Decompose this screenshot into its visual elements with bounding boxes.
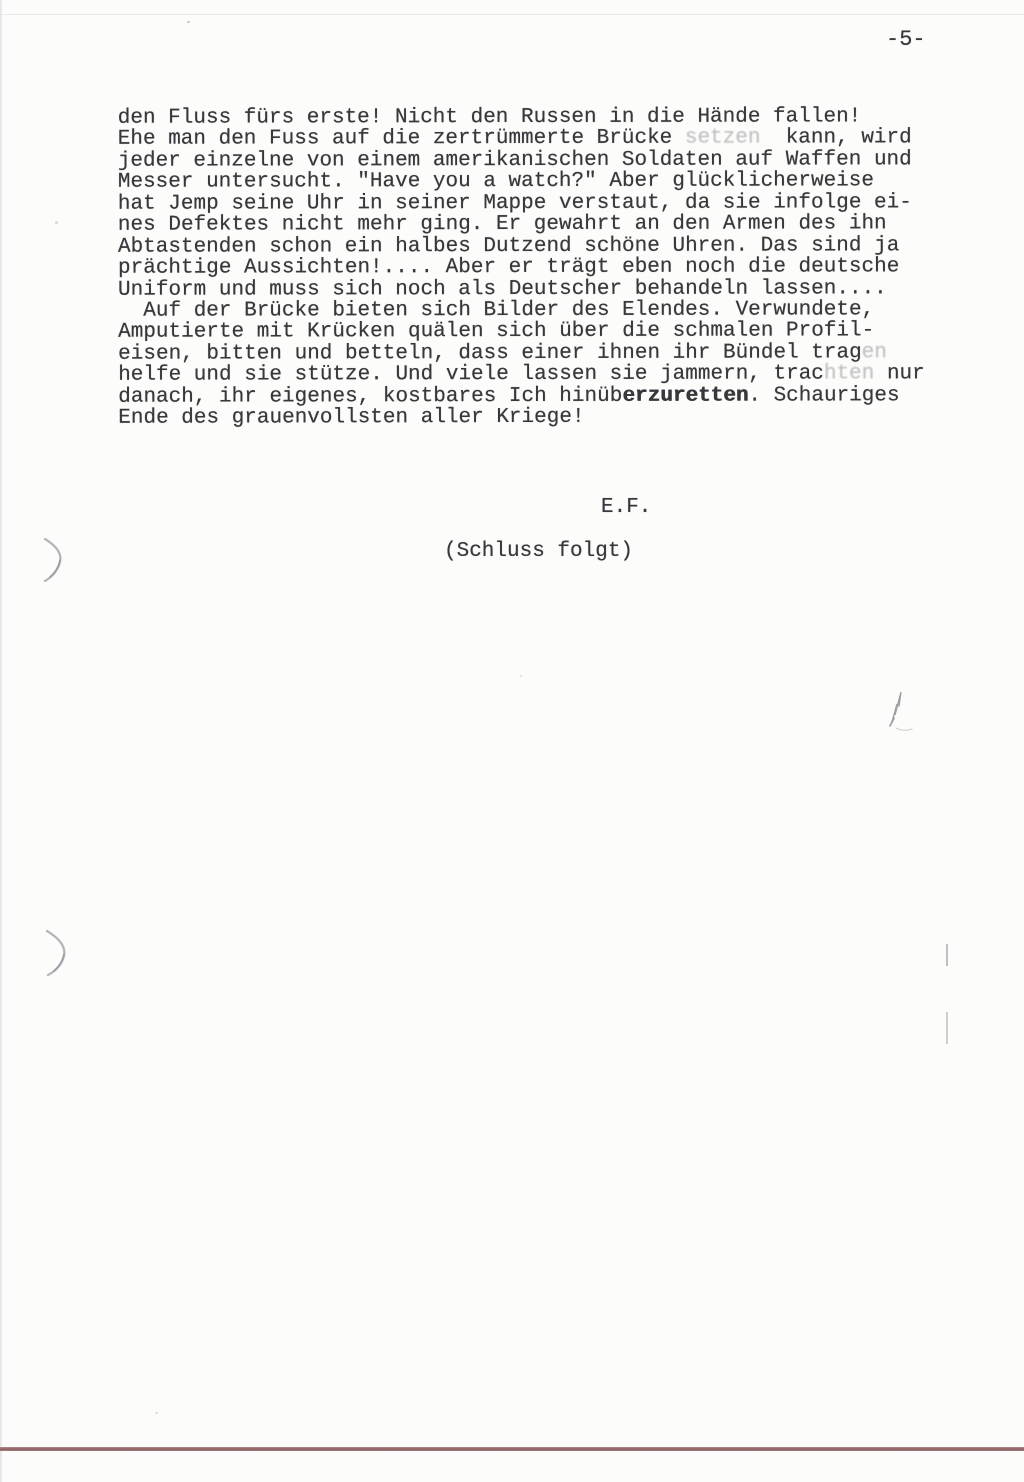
text-line: jeder einzelne von einem amerikanischen … <box>118 148 925 171</box>
text-line: hat Jemp seine Uhr in seiner Mappe verst… <box>118 191 925 214</box>
closing-note: (Schluss folgt) <box>444 540 633 563</box>
pencil-scribble-mark <box>882 682 922 738</box>
scan-speck <box>187 21 190 23</box>
body-text: den Fluss fürs erste! Nicht den Russen i… <box>118 105 925 428</box>
text-line: Ehe man den Fuss auf die zertrümmerte Br… <box>118 127 925 150</box>
text-line: Auf der Brücke bieten sich Bilder des El… <box>118 298 925 321</box>
text-line: nes Defektes nicht mehr ging. Er gewahrt… <box>118 212 925 235</box>
handwritten-paren-mark <box>44 928 70 978</box>
scan-edge-top-line <box>0 14 1024 15</box>
text-line: prächtige Aussichten!.... Aber er trägt … <box>118 255 925 278</box>
scan-speck <box>55 221 58 224</box>
bottom-margin-rule <box>0 1447 1024 1451</box>
author-initials: E.F. <box>601 496 651 519</box>
text-line: Messer untersucht. "Have you a watch?" A… <box>118 170 925 193</box>
margin-tick-mark <box>946 944 948 966</box>
scan-speck <box>520 675 522 677</box>
page-number: -5- <box>886 27 926 52</box>
text-line: eisen, bitten und betteln, dass einer ih… <box>118 341 925 364</box>
scan-edge-left-line <box>0 0 2 1482</box>
margin-tick-mark <box>946 1012 948 1044</box>
scan-speck <box>155 1412 158 1414</box>
text-line: danach, ihr eigenes, kostbares Ich hinüb… <box>118 384 925 407</box>
text-line: helfe und sie stütze. Und viele lassen s… <box>118 363 925 386</box>
scanned-document-page: -5- den Fluss fürs erste! Nicht den Russ… <box>0 0 1024 1482</box>
text-line: den Fluss fürs erste! Nicht den Russen i… <box>118 105 925 128</box>
text-line: Ende des grauenvollsten aller Kriege! <box>118 405 925 428</box>
text-line: Amputierte mit Krücken quälen sich über … <box>118 320 925 343</box>
handwritten-paren-mark <box>42 536 66 584</box>
text-line: Uniform und muss sich noch als Deutscher… <box>118 277 925 300</box>
text-line: Abtastenden schon ein halbes Dutzend sch… <box>118 234 925 257</box>
